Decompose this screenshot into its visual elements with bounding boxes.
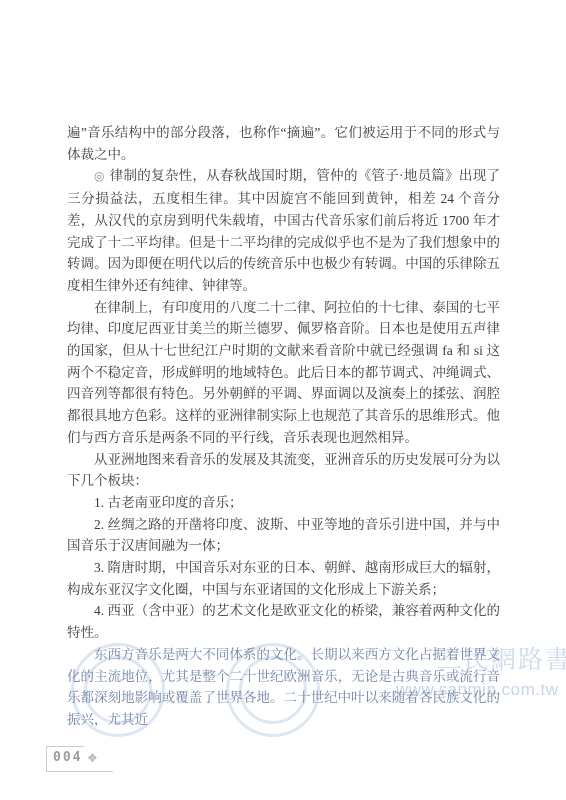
page-text-column: 遍”音乐结构中的部分段落，也称作“摘遍”。它们被运用于不同的形式与体裁之中。 ◎… — [67, 122, 500, 731]
book-page: { "content": { "bullet": "◎", "paragraph… — [0, 0, 566, 800]
paragraph-east-west: 东西方音乐是两大不同体系的文化。长期以来西方文化占据着世界文化的主流地位，尤其是… — [67, 644, 500, 731]
paragraph-continuation: 遍”音乐结构中的部分段落，也称作“摘遍”。它们被运用于不同的形式与体裁之中。 — [67, 122, 500, 165]
paragraph-asian-scales: 在律制上，有印度用的八度二十二律、阿拉伯的十七律、泰国的七平均律、印度尼西亚甘美… — [67, 297, 500, 449]
list-item-4: 4. 西亚（含中亚）的艺术文化是欧亚文化的桥梁，兼容着两种文化的特性。 — [67, 600, 500, 643]
paragraph-text: 律制的复杂性，从春秋战国时期，管仲的《管子·地员篇》出现了三分损益法，五度相生律… — [67, 168, 500, 293]
paragraph-temperament: ◎律制的复杂性，从春秋战国时期，管仲的《管子·地员篇》出现了三分损益法，五度相生… — [67, 165, 500, 296]
paragraph-map-intro: 从亚洲地图来看音乐的发展及其流变，亚洲音乐的历史发展可分为以下几个板块： — [67, 449, 500, 492]
diamond-ornament-icon: ❖ — [87, 751, 98, 766]
list-item-1: 1. 古老南亚印度的音乐； — [67, 492, 500, 514]
page-number: 004 — [53, 750, 82, 765]
list-item-2: 2. 丝绸之路的开凿将印度、波斯、中亚等地的音乐引进中国，并与中国音乐于汉唐间融… — [67, 514, 500, 557]
list-item-3: 3. 隋唐时期，中国音乐对东亚的日本、朝鲜、越南形成巨大的辐射，构成东亚汉字文化… — [67, 557, 500, 600]
ring-bullet-icon: ◎ — [94, 169, 105, 183]
